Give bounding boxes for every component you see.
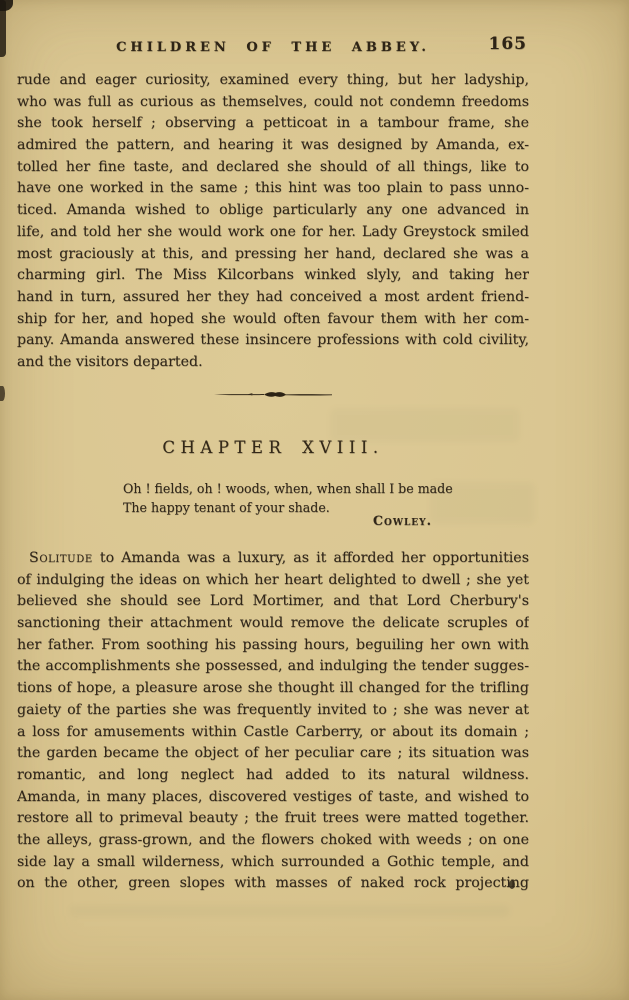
text-line: ticed. Amanda wished to oblige particula… [17,200,529,222]
text-line: the accomplishments she possessed, and i… [17,656,529,678]
scan-corner-artifact [0,0,13,11]
text-line: a loss for amusements within Castle Carb… [17,722,529,744]
text-line: sanctioning their attachment would remov… [17,613,529,635]
text-line: ship for her, and hoped she would often … [17,309,529,331]
text-line: admired the pattern, and hearing it was … [17,135,529,157]
text-line: restore all to primeval beauty ; the fru… [17,808,529,830]
chapter-heading: CHAPTER XVIII. [17,438,529,457]
page-number: 165 [489,34,528,54]
text-line: who was full as curious as themselves, c… [17,92,529,114]
running-header: CHILDREN OF THE ABBEY. 165 [17,36,529,58]
scan-edge-artifact [0,0,6,57]
text-line: gaiety of the parties she was frequently… [17,700,529,722]
text-line: she took herself ; observing a petticoat… [17,113,529,135]
text-line: life, and told her she would work one fo… [17,222,529,244]
text-line: of indulging the ideas on which her hear… [17,570,529,592]
text-line: rude and eager curiosity, examined every… [17,70,529,92]
text-line: hand in turn, assured her they had conce… [17,287,529,309]
chapter-paragraph: Solitude to Amanda was a luxury, as it a… [17,548,529,895]
lead-word: Solitude [29,550,93,566]
text-line: tions of hope, a pleasure arose she thou… [17,678,529,700]
text-line: have one worked in the same ; this hint … [17,178,529,200]
paragraph-continuation: rude and eager curiosity, examined every… [17,70,529,374]
section-divider [17,386,529,402]
text-line: tolled her fine taste, and declared she … [17,157,529,179]
text-line: side lay a small wilderness, which surro… [17,852,529,874]
epigraph: Oh ! fields, oh ! woods, when, when shal… [123,479,453,517]
text-line: pany. Amanda answered these insincere pr… [17,330,529,352]
book-page-scan: CHILDREN OF THE ABBEY. 165 rude and eage… [0,0,629,1000]
text-line: Amanda, in many places, discovered vesti… [17,787,529,809]
text-line: charming girl. The Miss Kilcorbans winke… [17,265,529,287]
text-line: Solitude to Amanda was a luxury, as it a… [17,548,529,570]
text-line: her father. From soothing his passing ho… [17,635,529,657]
epigraph-line: Oh ! fields, oh ! woods, when, when shal… [123,479,453,498]
divider-ornament-icon [212,386,334,402]
text-line: romantic, and long neglect had added to … [17,765,529,787]
epigraph-attribution: Cowley. [373,513,432,528]
text-line: on the other, green slopes with masses o… [17,873,529,895]
text-line: believed she should see Lord Mortimer, a… [17,591,529,613]
text-line-rest: to Amanda was a luxury, as it afforded h… [93,550,529,566]
text-line: the alleys, grass-grown, and the flowers… [17,830,529,852]
scan-edge-speck [0,386,5,401]
text-column: CHILDREN OF THE ABBEY. 165 rude and eage… [17,0,529,1000]
text-line: the garden became the object of her pecu… [17,743,529,765]
text-line: most graciously at this, and pressing he… [17,244,529,266]
text-line: and the visitors departed. [17,352,529,374]
running-header-title: CHILDREN OF THE ABBEY. [116,40,430,55]
